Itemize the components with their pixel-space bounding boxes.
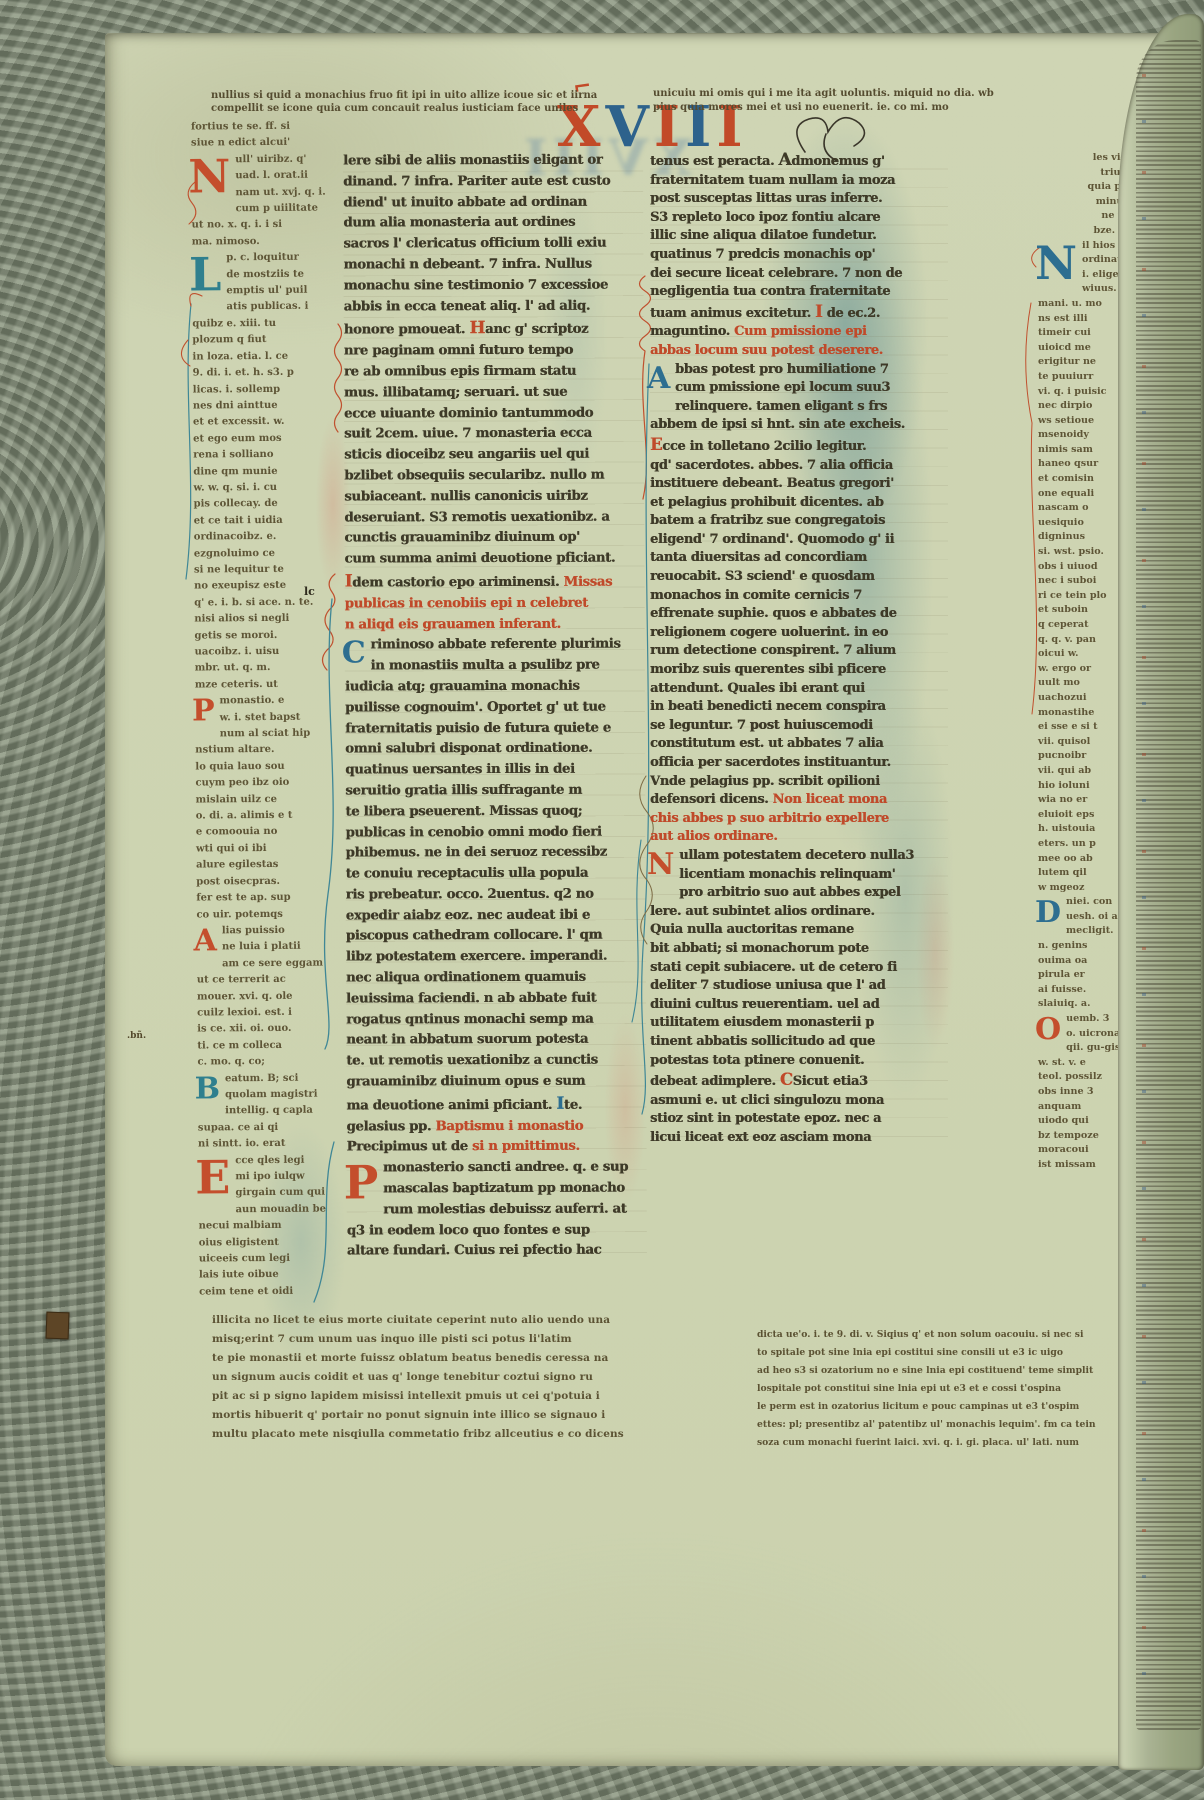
text-line: fortius te se. ff. si <box>191 119 333 136</box>
text-run: lutem qil <box>1038 867 1087 878</box>
text-line: fraternitatem tuam nullam ia moza <box>650 172 948 191</box>
text-line: Beatum. B; sci <box>198 1070 340 1087</box>
text-line: deseruiant. S3 remotis uexationibz. a <box>344 507 644 529</box>
text-run: piscopus cathedram collocare. l' qm <box>346 928 602 944</box>
text-run: dum alia monasteria aut ordines <box>343 215 575 231</box>
text-line: et pelagius prohibuit dicentes. ab <box>650 494 948 513</box>
text-run: se leguntur. 7 post huiuscemodi <box>650 718 873 733</box>
drop-cap-initial: N <box>647 848 674 886</box>
text-run: rogatus qntinus monachi semp ma <box>346 1011 593 1027</box>
text-run: Precipimus ut de <box>347 1140 473 1155</box>
text-line: instituere debeant. Beatus gregori' <box>650 475 948 494</box>
text-run: publicas in cenobio omni modo fieri <box>345 824 601 840</box>
text-run: nes dni ainttue <box>193 400 278 412</box>
text-run: ordinacoibz. e. <box>194 531 277 543</box>
parchment-page: XVIII ⌐ XVIII nullius si quid a monachiu… <box>105 33 1204 1766</box>
text-run: ma deuotione animi pficiant. <box>346 1098 556 1114</box>
text-run: ei sse e si t <box>1038 721 1098 732</box>
text-run: monasterio sancti andree. q. e sup <box>383 1160 628 1176</box>
text-line: asmuni e. ut clici singulozu mona <box>650 1092 948 1111</box>
text-run: hio ioluni <box>1038 780 1090 791</box>
text-run: w mgeoz <box>1038 882 1084 893</box>
text-line: dinand. 7 infra. Pariter aute est custo <box>343 171 643 193</box>
text-run: pirula er <box>1038 969 1085 980</box>
text-run: dinand. 7 infra. Pariter aute est custo <box>343 173 610 189</box>
text-run: wti qui oi ibi <box>196 843 267 854</box>
text-run: nimis sam <box>1038 444 1093 455</box>
text-run: monachos in comite cernicis 7 <box>650 588 862 603</box>
text-run: uachozui <box>1038 692 1086 703</box>
text-run: mislain uilz ce <box>196 794 277 806</box>
text-line: uacoibz. i. uisu <box>195 644 337 661</box>
text-line: rum molestias debuissz auferri. at <box>347 1199 647 1221</box>
text-run: monastihe <box>1038 707 1094 718</box>
text-run: pucnoibr <box>1038 750 1086 761</box>
text-line: Lp. c. loquitur <box>192 250 334 267</box>
text-line: nisi alios si negli <box>194 611 336 628</box>
bottom-gloss-left: illicita no licet te eius morte ciuitate… <box>212 1311 717 1444</box>
text-run: oius eligistent <box>199 1237 279 1249</box>
text-run: post oisecpras. <box>196 876 280 888</box>
text-run: omni salubri disponat ordinatione. <box>345 741 592 757</box>
top-gloss-left: nullius si quid a monachius fruo fit ipi… <box>211 89 631 115</box>
text-line: mislain uilz ce <box>196 791 338 808</box>
margin-note: .bñ. <box>127 1031 146 1041</box>
text-run: is ce. xii. oi. ouo. <box>197 1023 291 1035</box>
text-line: nullius si quid a monachius fruo fit ipi… <box>211 89 631 102</box>
text-line: effrenate suphie. quos e abbates de <box>650 605 948 624</box>
text-run: mortis hibuerit q' portair no ponut sign… <box>212 1409 605 1421</box>
text-run: ne luia i platii <box>222 941 301 953</box>
text-run: niei. con <box>1066 896 1112 907</box>
text-run: ti. ce m colleca <box>197 1040 282 1052</box>
text-run: reuocabit. S3 sciend' e quosdam <box>650 569 874 584</box>
text-run: Quia nulla auctoritas remane <box>650 922 854 937</box>
text-run: sacros l' clericatus officium tolli exiu <box>343 236 606 252</box>
text-line: Null' uiribz. q' <box>191 151 333 168</box>
text-run: cum summa animi deuotione pficiant. <box>344 551 615 567</box>
text-line: ezgnoluimo ce <box>194 545 336 562</box>
text-run: anc g' scriptoz <box>485 322 588 337</box>
text-line: diend' ut inuito abbate ad ordinan <box>343 192 643 214</box>
text-run: uult mo <box>1038 677 1080 688</box>
text-run: defensori dicens. <box>650 792 773 807</box>
text-run: lo quia lauo sou <box>195 761 284 773</box>
text-line: leuissima faciendi. n ab abbate fuit <box>346 988 646 1010</box>
text-run: tinent abbatis sollicitudo ad que <box>650 1034 875 1049</box>
text-line: 9. di. i. et. h. s3. p <box>193 365 335 382</box>
text-run: lospitale pot constitui sine lnia epi ut… <box>757 1383 1061 1394</box>
text-line: officia per sacerdotes instituantur. <box>650 754 948 773</box>
text-run: uesh. oi as <box>1066 911 1123 922</box>
text-line: post susceptas littas uras inferre. <box>650 190 948 209</box>
text-line: pro arbitrio suo aut abbes expel <box>650 884 948 903</box>
text-run: deseruiant. S3 remotis uexationibz. a <box>344 509 609 525</box>
text-line: libz potestatem exercere. imperandi. <box>346 947 646 969</box>
text-run: n. genins <box>1038 940 1087 951</box>
text-run: siue n edict alcui' <box>191 137 290 149</box>
text-run: ni sintt. io. erat <box>198 1138 286 1150</box>
text-line: reuocabit. S3 sciend' e quosdam <box>650 568 948 587</box>
text-run: nre paginam omni futuro tempo <box>344 343 573 359</box>
text-run: 9. di. i. et. h. s3. p <box>193 367 294 379</box>
text-run: mecligit. <box>1066 925 1114 936</box>
text-run: h. uistouia <box>1038 823 1095 834</box>
text-line: Nullam potestatem decetero nulla3 <box>650 847 948 866</box>
text-run: te puuiurr <box>1038 371 1093 382</box>
text-run: rena i solliano <box>193 449 273 461</box>
text-line: puilisse cognouim'. Oportet g' ut tue <box>345 697 645 719</box>
text-run: num al sciat hip <box>220 728 311 740</box>
text-run: te conuiu receptaculis ulla popula <box>346 866 589 882</box>
text-run: honore pmoueat. <box>344 322 470 337</box>
text-run: ns est illi <box>1038 313 1088 324</box>
text-run: misq;erint 7 cum unum uas inquo ille pis… <box>212 1333 572 1345</box>
text-run: timeir cui <box>1038 327 1091 338</box>
drop-cap-initial: N <box>188 153 230 209</box>
text-run: nisi alios si negli <box>194 613 289 625</box>
text-line: post oisecpras. <box>196 873 338 890</box>
text-line: omni salubri disponat ordinatione. <box>345 739 645 761</box>
text-run: gelasius pp. <box>346 1119 435 1134</box>
text-line: qd' sacerdotes. abbes. 7 alia officia <box>650 457 948 476</box>
text-line: alure egilestas <box>196 857 338 874</box>
drop-cap-initial: L <box>189 252 222 308</box>
text-run: ecce uiuante dominio tantummodo <box>344 405 593 421</box>
text-run: aut alios ordinare. <box>650 829 777 844</box>
text-line: Precipimus ut de si n pmittimus. <box>347 1137 647 1159</box>
text-line: lere sibi de aliis monastiis eligant or <box>343 150 643 172</box>
text-line: mouer. xvi. q. ole <box>197 988 339 1005</box>
text-run: msenoidy <box>1038 429 1089 440</box>
text-line: ut no. x. q. i. i si <box>192 217 334 234</box>
text-line: negligentia tua contra fraternitate <box>650 283 948 302</box>
text-run: monachi n debeant. 7 infra. Nullus <box>343 257 591 273</box>
text-line: sacros l' clericatus officium tolli exiu <box>343 234 643 256</box>
text-run: girgain cum qui <box>235 1187 325 1199</box>
text-line: S3 repleto loco ipoz fontiu alcare <box>650 209 948 228</box>
text-line: licentiam monachis relinquam' <box>650 866 948 885</box>
text-line: to spitale pot sine lnia epi costitui si… <box>757 1344 1052 1362</box>
text-line: cuym peo ibz oio <box>195 775 337 792</box>
text-run: diend' ut inuito abbate ad ordinan <box>343 194 587 210</box>
text-run: ut no. x. q. i. i si <box>192 219 283 231</box>
text-run: tenus est peracta. <box>650 154 778 169</box>
text-line: bit abbati; si monachorum pote <box>650 940 948 959</box>
text-run: mani. u. mo <box>1038 298 1102 309</box>
text-run: w. st. v. e <box>1038 1057 1086 1068</box>
text-run: no exeupisz este <box>194 580 286 592</box>
text-run: qii. gu-gis <box>1066 1042 1120 1053</box>
text-run: am ce sere eggam <box>222 957 323 969</box>
text-line: pit ac si p signo lapidem misissi intell… <box>212 1387 717 1406</box>
text-run: one equali <box>1038 488 1094 499</box>
text-run: chis abbes p suo arbitrio expellere <box>650 811 889 826</box>
text-line: Ecce qles legi <box>198 1152 340 1169</box>
text-line: lais iute oibue <box>199 1267 341 1284</box>
text-run: mi ipo iulqw <box>235 1171 304 1182</box>
text-line: maguntino. Cum pmissione epi <box>650 323 948 342</box>
text-line: Pmonasterio sancti andree. q. e sup <box>347 1158 647 1180</box>
fore-edge-rubric-flecks <box>1142 74 1146 1710</box>
guide-letters: lc <box>304 585 315 598</box>
drop-cap-initial: D <box>1035 896 1061 934</box>
text-run: q' e. i. b. si ace. n. te. <box>194 596 313 608</box>
text-line: ordinacoibz. e. <box>194 529 336 546</box>
text-line: cunctis grauaminibz diuinum op' <box>344 528 644 550</box>
text-run: si. wst. psio. <box>1038 546 1104 557</box>
text-run: uiceeis cum legi <box>199 1253 290 1265</box>
text-line: moribz suis querentes sibi pficere <box>650 661 948 680</box>
text-line: Criminoso abbate referente plurimis <box>345 635 645 657</box>
text-line: et ego eum mos <box>193 430 335 447</box>
text-run: H <box>469 317 485 337</box>
text-line: aut alios ordinare. <box>650 828 948 847</box>
text-run: quibz e. xiii. tu <box>192 318 276 330</box>
text-line: nes dni ainttue <box>193 397 335 414</box>
text-run: uioicd me <box>1038 342 1091 353</box>
text-run: moracoui <box>1038 1144 1089 1155</box>
text-run: nstium altare. <box>195 744 274 756</box>
text-line: is ce. xii. oi. ouo. <box>197 1021 339 1038</box>
text-run: cum pmissione epi locum suu3 <box>675 380 890 395</box>
binding-tab <box>46 1312 70 1340</box>
text-run: debeat adimplere. <box>650 1074 780 1089</box>
text-line: Pmonastio. e <box>195 693 337 710</box>
text-run: nec aliqua ordinationem quamuis <box>346 970 586 986</box>
text-run: diuini cultus reuerentiam. uel ad <box>650 997 879 1012</box>
text-run: et et excessit. w. <box>193 416 285 428</box>
text-run: nec dirpio <box>1038 400 1092 411</box>
text-run: tanta diuersitas ad concordiam <box>650 550 867 565</box>
text-run: fraternitatis puisio de futura quiete e <box>345 720 611 736</box>
text-line: q3 in eodem loco quo fontes e sup <box>347 1220 647 1242</box>
text-run: fortius te se. ff. si <box>191 121 290 133</box>
text-run: eters. un p <box>1038 838 1096 849</box>
text-run: nam ut. xvj. q. i. <box>235 186 325 198</box>
text-line: illicita no licet te eius morte ciuitate… <box>212 1311 717 1330</box>
text-run: asmuni e. ut clici singulozu mona <box>650 1093 884 1108</box>
text-line: publicas in cenobio omni modo fieri <box>345 822 645 844</box>
text-run: et ego eum mos <box>193 433 282 445</box>
text-run: alure egilestas <box>196 859 278 871</box>
text-line: relinquere. tamen eligant s frs <box>650 398 948 417</box>
text-line: stati cepit subiacere. ut de cetero fi <box>650 959 948 978</box>
text-line: si ne lequitur te <box>194 561 336 578</box>
text-run: A <box>778 150 791 170</box>
text-line: ne luia i platii <box>197 939 339 956</box>
text-line: mus. illibatamq; seruari. ut sue <box>344 382 644 404</box>
text-run: nascam o <box>1038 502 1089 513</box>
text-run: potestas tota ptinere conuenit. <box>650 1053 864 1068</box>
text-line: nstium altare. <box>195 742 337 759</box>
text-run: officia per sacerdotes instituantur. <box>650 755 891 770</box>
text-run: uiodo qui <box>1038 1115 1089 1126</box>
text-line: chis abbes p suo arbitrio expellere <box>650 810 948 829</box>
text-line: Quia nulla auctoritas remane <box>650 921 948 940</box>
text-run: w. ergo or <box>1038 663 1091 674</box>
text-run: p. c. loquitur <box>226 252 299 264</box>
text-line: quatinus 7 predcis monachis op' <box>650 246 948 265</box>
text-line: rena i solliano <box>193 447 335 464</box>
text-line: altare fundari. Cuius rei pfectio hac <box>347 1241 647 1263</box>
text-line: sticis dioceibz seu angariis uel qui <box>344 445 644 467</box>
text-line: monachu sine testimonio 7 excessioe <box>343 275 643 297</box>
text-line: te libera pseuerent. Missas quoq; <box>345 801 645 823</box>
text-line: illic sine aliqua dilatoe fundetur. <box>650 227 948 246</box>
text-line: stioz sint in potestate epoz. nec a <box>650 1110 948 1129</box>
text-run: subiaceant. nullis canonicis uiribz <box>344 488 587 504</box>
text-run: e comoouia no <box>196 826 278 838</box>
text-run: monastio. e <box>219 695 284 706</box>
text-run: I <box>345 570 353 590</box>
text-run: dem castorio epo ariminensi. <box>352 575 563 591</box>
text-line: soza cum monachi fuerint laici. xvi. q. … <box>757 1434 1052 1452</box>
text-run: q. q. v. pan <box>1038 634 1096 645</box>
text-line: in monastiis multa a psulibz pre <box>345 656 645 678</box>
text-run: negligentia tua contra fraternitate <box>650 284 890 299</box>
text-run: re ab omnibus epis firmam statu <box>344 364 576 380</box>
text-run: moribz suis querentes sibi pficere <box>650 662 886 677</box>
text-line: quatinus uersantes in illis in dei <box>345 760 645 782</box>
text-line: debeat adimplere. CSicut etia3 <box>650 1070 948 1092</box>
text-run: religionem cogere uoluerint. in eo <box>650 625 888 640</box>
text-run: expedir aiabz eoz. nec audeat ibi e <box>346 907 590 923</box>
text-line: dum alia monasteria aut ordines <box>343 213 643 235</box>
text-run: oicui w. <box>1038 648 1078 659</box>
text-line: religionem cogere uoluerint. in eo <box>650 624 948 643</box>
text-run: dicta ue'o. i. te 9. di. v. Siqius q' et… <box>757 1329 1083 1340</box>
text-line: potestas tota ptinere conuenit. <box>650 1052 948 1071</box>
text-run: et comisin <box>1038 473 1094 484</box>
text-run: fer est te ap. sup <box>196 892 290 904</box>
text-run: licentiam monachis relinquam' <box>679 867 895 882</box>
text-run: vii. qui ab <box>1038 765 1091 776</box>
text-line: monachos in comite cernicis 7 <box>650 587 948 606</box>
text-run: ut ce terrerit ac <box>197 974 286 986</box>
text-line: co uir. potemqs <box>196 906 338 923</box>
text-run: te pie monastii et morte fuissz oblatum … <box>212 1352 608 1364</box>
text-line: o. di. a. alimis e t <box>196 808 338 825</box>
text-run: ai fuisse. <box>1038 984 1086 995</box>
text-line: rum detectione conspirent. 7 alium <box>650 642 948 661</box>
text-run: n aliqd eis grauamen inferant. <box>345 616 561 632</box>
text-run: dmonemus g' <box>791 154 884 169</box>
text-line: le perm est in ozatorius licitum e pouc … <box>757 1398 1052 1416</box>
text-line: ad heo s3 si ozatorium no e sine lnia ep… <box>757 1362 1052 1380</box>
text-run: vii. quisol <box>1038 736 1090 747</box>
text-run: mus. illibatamq; seruari. ut sue <box>344 385 567 401</box>
text-line: dei secure liceat celebrare. 7 non de <box>650 265 948 284</box>
text-run: ceim tene et oidi <box>199 1286 293 1298</box>
text-run: neant in abbatum suorum potesta <box>346 1032 588 1048</box>
text-line: e comoouia no <box>196 824 338 841</box>
text-line: am ce sere eggam <box>197 955 339 972</box>
text-run: c. mo. q. co; <box>197 1056 265 1067</box>
text-line: licas. i. sollemp <box>193 381 335 398</box>
text-run: stioz sint in potestate epoz. nec a <box>650 1111 881 1126</box>
drop-cap-initial: C <box>342 637 366 675</box>
text-run: post susceptas littas uras inferre. <box>650 191 882 206</box>
text-run: quatinus 7 predcis monachis op' <box>650 247 875 262</box>
text-run: leuissima faciendi. n ab abbate fuit <box>346 991 596 1007</box>
text-run: lais iute oibue <box>199 1269 279 1281</box>
text-run: suit 2cem. uiue. 7 monasteria ecca <box>344 426 592 442</box>
text-line: siue n edict alcui' <box>191 135 333 152</box>
text-line: pius quia mores mei et usi no euenerit. … <box>653 101 1128 115</box>
text-line: cum pmissione epi locum suu3 <box>650 379 948 398</box>
text-line: oius eligistent <box>199 1234 341 1251</box>
text-run: Sicut etia3 <box>793 1074 868 1089</box>
text-run: abbem de ipsi si hnt. sin ate excheis. <box>650 417 905 432</box>
text-line: dine qm munie <box>193 463 335 480</box>
text-line: n aliqd eis grauamen inferant. <box>345 614 645 636</box>
text-line: se leguntur. 7 post huiuscemodi <box>650 717 948 736</box>
text-line: te conuiu receptaculis ulla popula <box>346 864 646 886</box>
text-run: phibemus. ne in dei seruoz recessibz <box>345 845 606 861</box>
text-line: lospitale pot constitui sine lnia epi ut… <box>757 1380 1052 1398</box>
text-line: nre paginam omni futuro tempo <box>344 341 644 363</box>
text-run: compellit se icone quia cum concauit rea… <box>211 103 578 114</box>
gloss-column-left: fortius te se. ff. sisiue n edict alcui'… <box>191 119 341 1301</box>
text-line: te. ut remotis uexationibz a cunctis <box>346 1051 646 1073</box>
text-run: soza cum monachi fuerint laici. xvi. q. … <box>757 1437 1079 1448</box>
text-line: unicuiu mi omis qui i me ita agit uolunt… <box>653 87 1128 101</box>
text-run: cum p uiilitate <box>236 203 319 215</box>
text-line: mze ceteris. ut <box>195 676 337 693</box>
text-run: erigitur ne <box>1038 356 1096 367</box>
text-run: aun mouadin be <box>236 1203 326 1215</box>
text-run: slaiuiq. a. <box>1038 998 1090 1009</box>
text-run: constitutum est. ut abbates 7 alia <box>650 736 883 751</box>
text-run: deliter 7 studiose uniusa que l' ad <box>650 978 885 993</box>
text-run: lere. aut subintet alios ordinare. <box>650 904 875 919</box>
text-run: sticis dioceibz seu angariis uel qui <box>344 447 589 463</box>
text-line: quibz e. xiii. tu <box>192 315 334 332</box>
text-line: ettes: pl; presentibz al' patentibz ul' … <box>757 1416 1052 1434</box>
text-line: uiceeis cum legi <box>199 1251 341 1268</box>
text-line: re ab omnibus epis firmam statu <box>344 361 644 383</box>
text-run: getis se moroi. <box>194 630 277 642</box>
text-line: ma deuotione animi pficiant. Ite. <box>346 1092 646 1117</box>
text-run: pit ac si p signo lapidem misissi intell… <box>212 1390 600 1402</box>
text-run: ri ce tein plo <box>1038 590 1107 601</box>
text-run: abbis in ecca teneat aliq. l' ad aliq. <box>344 298 590 314</box>
text-line: tenus est peracta. Admonemus g' <box>650 151 948 172</box>
text-run: eluioit eps <box>1038 809 1094 820</box>
text-run: S3 repleto loco ipoz fontiu alcare <box>650 210 880 225</box>
text-run: Missas <box>563 575 612 590</box>
text-run: uad. l. orat.ii <box>235 170 308 182</box>
text-run: ist missam <box>1038 1159 1096 1170</box>
text-run: stati cepit subiacere. ut de cetero fi <box>650 960 897 975</box>
text-run: mascalas baptizatum pp monacho <box>383 1181 625 1197</box>
text-run: batem a fratribz sue congregatois <box>650 513 885 528</box>
text-run: in loza. etia. l. ce <box>192 351 288 363</box>
text-run: attendunt. Quales ibi erant qui <box>650 681 865 696</box>
text-run: anquam <box>1038 1101 1081 1112</box>
text-run: bzlibet obsequiis secularibz. nullo m <box>344 468 604 484</box>
text-line: honore pmoueat. Hanc g' scriptoz <box>344 317 644 342</box>
text-line: mbr. ut. q. m. <box>195 660 337 677</box>
text-line: nec aliqua ordinationem quamuis <box>346 968 646 990</box>
text-run: vi. q. i puisic <box>1038 386 1107 397</box>
text-line: diuini cultus reuerentiam. uel ad <box>650 996 948 1015</box>
text-run: licui liceat ext eoz asciam mona <box>650 1130 871 1145</box>
text-run: ezgnoluimo ce <box>194 547 275 559</box>
text-line: ceim tene et oidi <box>199 1283 341 1300</box>
text-run: te. ut remotis uexationibz a cunctis <box>346 1053 597 1069</box>
